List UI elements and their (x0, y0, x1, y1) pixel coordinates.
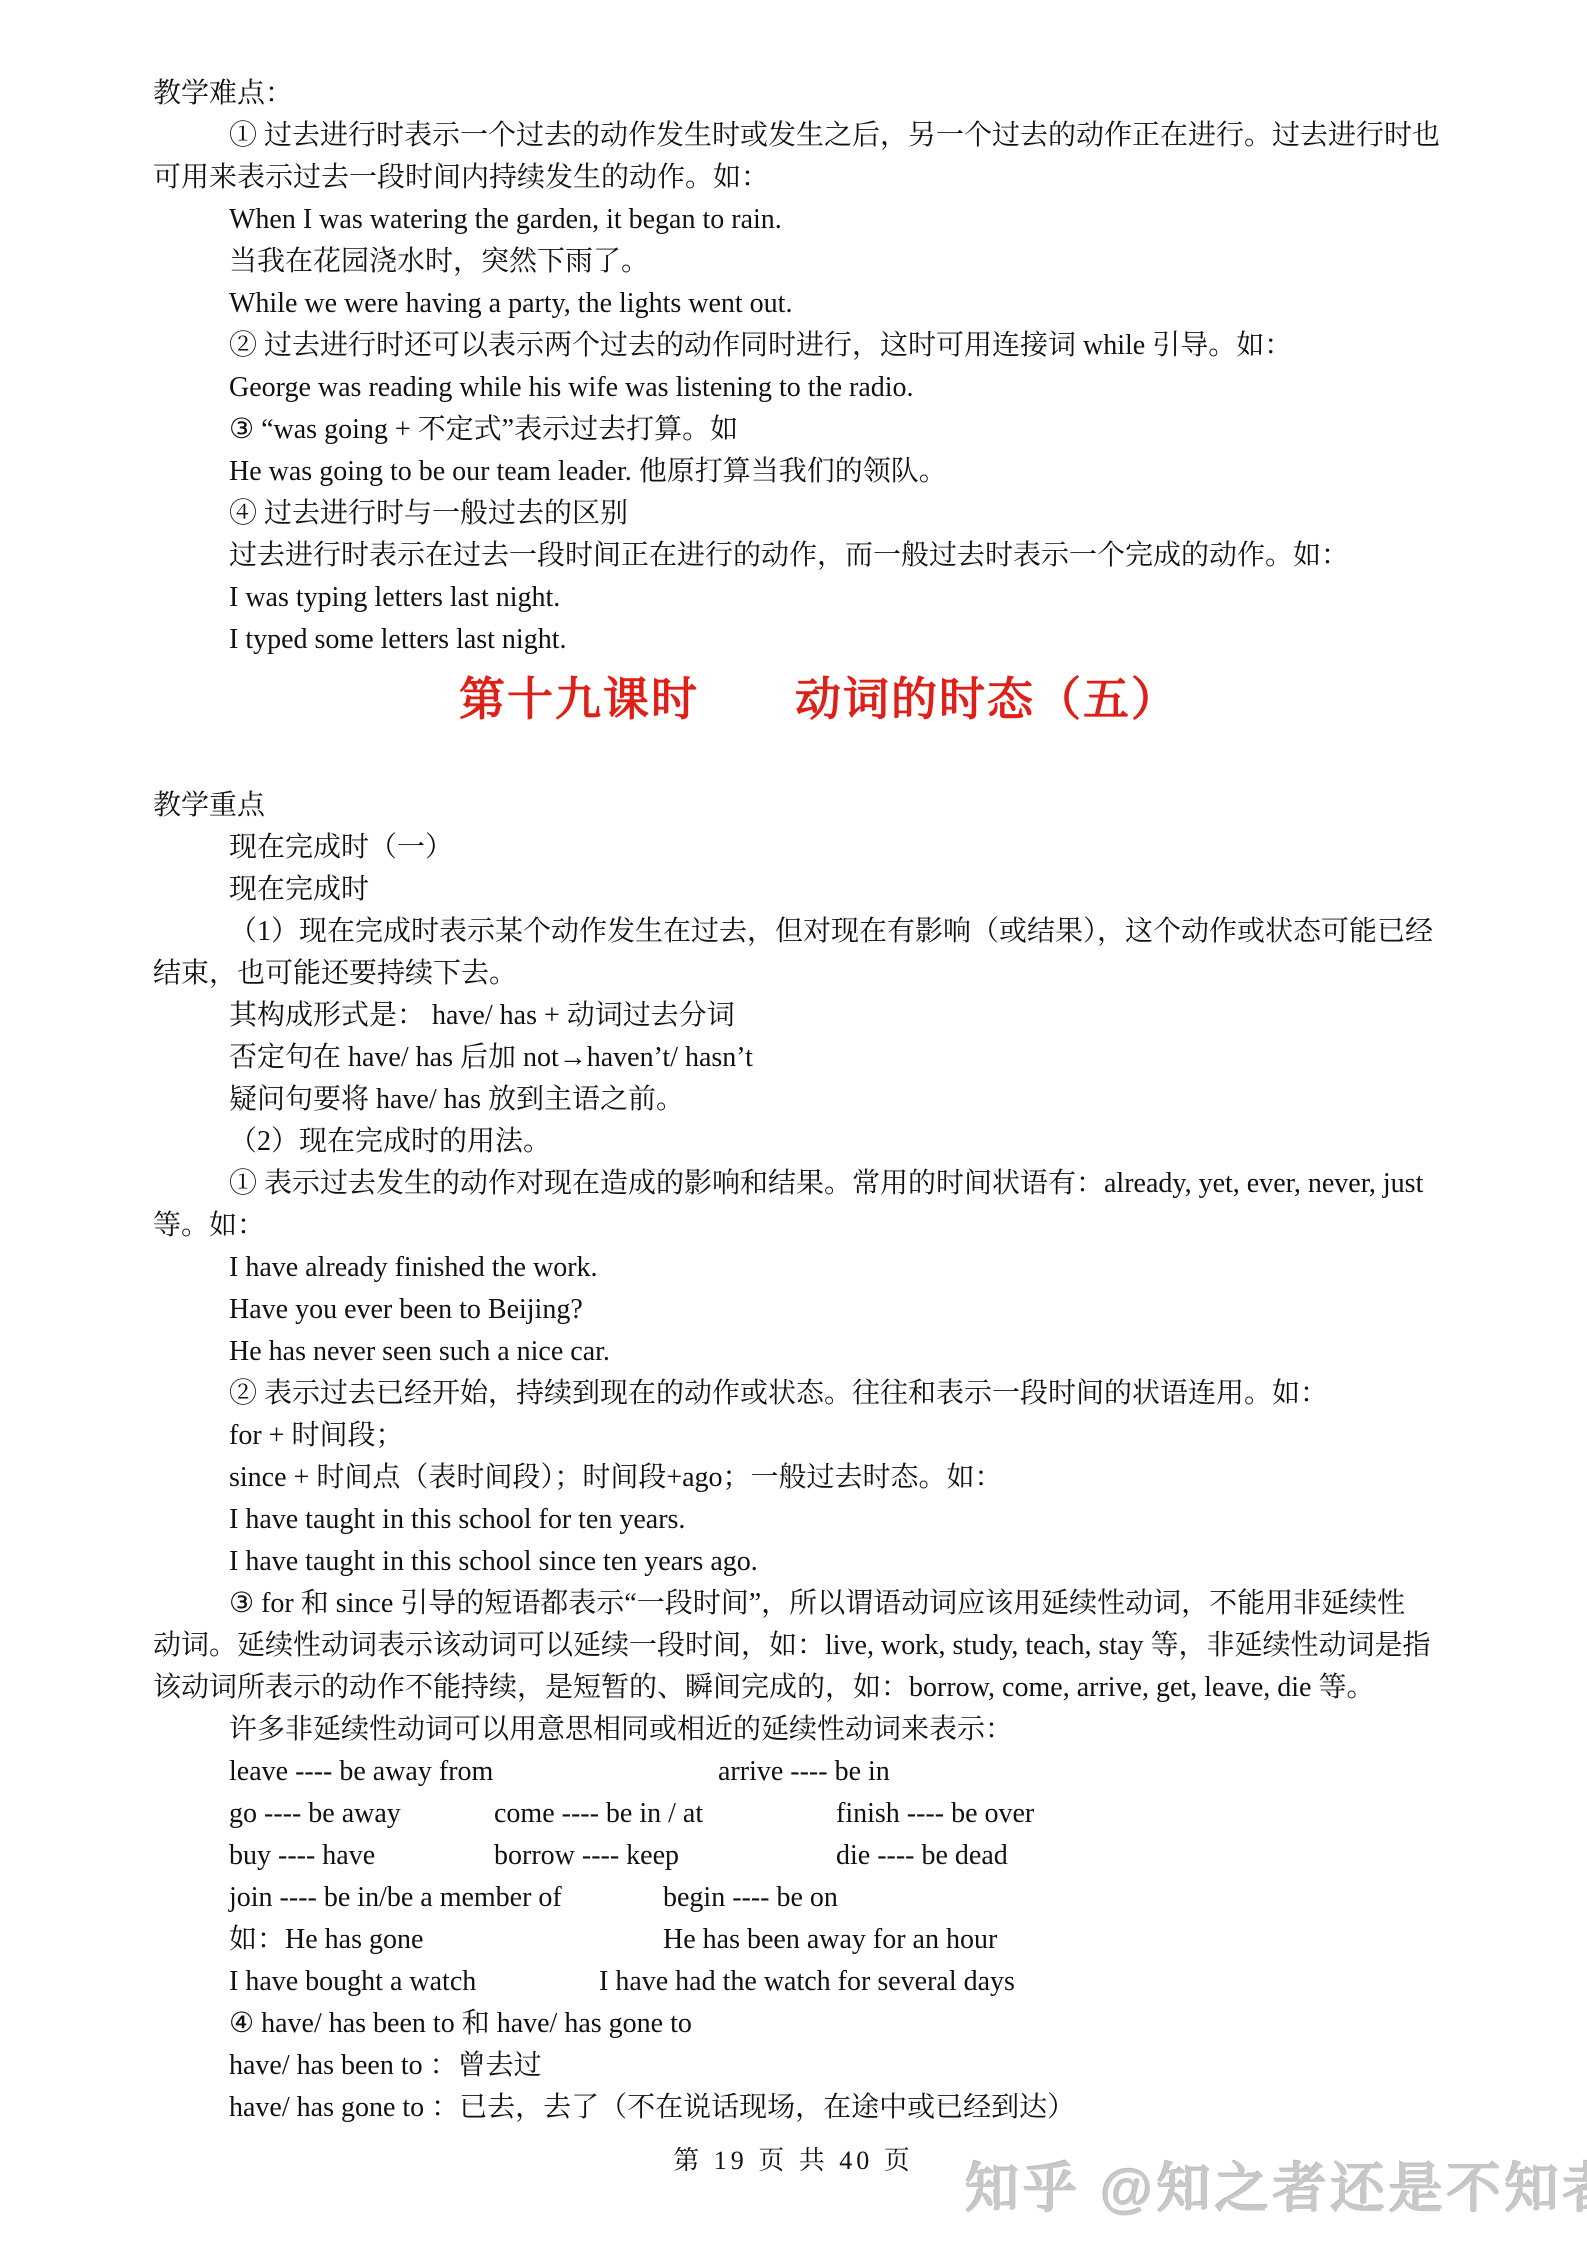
text-cell: begin ---- be on (663, 1877, 838, 1919)
text-cell: come ---- be in / at (494, 1793, 703, 1835)
section-heading: 第十九课时 动词的时态（五） (153, 669, 1485, 731)
text-line: ③ for 和 since 引导的短语都表示“一段时间”，所以谓语动词应该用延续… (153, 1583, 1485, 1625)
text-line: 结束，也可能还要持续下去。 (153, 953, 1485, 995)
text-line: ③ “was going + 不定式”表示过去打算。如 (153, 409, 1485, 451)
text-line: I have taught in this school since ten y… (153, 1541, 1485, 1583)
text-row: I have bought a watchI have had the watc… (153, 1961, 1485, 2003)
text-row: join ---- be in/be a member ofbegin ----… (153, 1877, 1485, 1919)
text-line: Have you ever been to Beijing? (153, 1289, 1485, 1331)
text-row: buy ---- haveborrow ---- keepdie ---- be… (153, 1835, 1485, 1877)
text-line: I have already finished the work. (153, 1247, 1485, 1289)
text-cell: buy ---- have (229, 1835, 375, 1877)
text-cell: He has been away for an hour (663, 1919, 997, 1961)
text-cell: join ---- be in/be a member of (229, 1877, 562, 1919)
text-line: I was typing letters last night. (153, 577, 1485, 619)
text-line: 其构成形式是： have/ has + 动词过去分词 (153, 995, 1485, 1037)
text-cell: finish ---- be over (836, 1793, 1034, 1835)
text-line: have/ has been to ：曾去过 (153, 2045, 1485, 2087)
text-line: ② 表示过去已经开始，持续到现在的动作或状态。往往和表示一段时间的状语连用。如： (153, 1373, 1485, 1415)
text-line: He was going to be our team leader. 他原打算… (153, 451, 1485, 493)
text-cell: leave ---- be away from (229, 1751, 493, 1793)
text-line: 否定句在 have/ has 后加 not→haven’t/ hasn’t (153, 1037, 1485, 1079)
text-line: 许多非延续性动词可以用意思相同或相近的延续性动词来表示： (153, 1709, 1485, 1751)
text-line: ④ have/ has been to 和 have/ has gone to (153, 2003, 1485, 2045)
text-line: I have taught in this school for ten yea… (153, 1499, 1485, 1541)
text-line: When I was watering the garden, it began… (153, 199, 1485, 241)
text-line: 疑问句要将 have/ has 放到主语之前。 (153, 1079, 1485, 1121)
text-cell: arrive ---- be in (718, 1751, 890, 1793)
text-line: 教学难点： (153, 73, 1485, 115)
text-line: 动词。延续性动词表示该动词可以延续一段时间，如：live, work, stud… (153, 1625, 1485, 1667)
text-line: He has never seen such a nice car. (153, 1331, 1485, 1373)
text-cell: go ---- be away (229, 1793, 401, 1835)
text-line: （2）现在完成时的用法。 (153, 1121, 1485, 1163)
text-cell: I have had the watch for several days (599, 1961, 1015, 2003)
text-line: since + 时间点（表时间段）；时间段+ago；一般过去时态。如： (153, 1457, 1485, 1499)
text-row: 如：He has goneHe has been away for an hou… (153, 1919, 1485, 1961)
text-line: 过去进行时表示在过去一段时间正在进行的动作，而一般过去时表示一个完成的动作。如： (153, 535, 1485, 577)
text-line: 该动词所表示的动作不能持续，是短暂的、瞬间完成的，如：borrow, come,… (153, 1667, 1485, 1709)
text-cell: die ---- be dead (836, 1835, 1008, 1877)
text-line: ① 表示过去发生的动作对现在造成的影响和结果。常用的时间状语有：already,… (153, 1163, 1485, 1205)
text-cell: 如：He has gone (229, 1919, 423, 1961)
text-row: leave ---- be away fromarrive ---- be in (153, 1751, 1485, 1793)
text-line: ④ 过去进行时与一般过去的区别 (153, 493, 1485, 535)
text-line: （1）现在完成时表示某个动作发生在过去，但对现在有影响（或结果），这个动作或状态… (153, 911, 1485, 953)
section-present-perfect: 教学重点现在完成时（一）现在完成时（1）现在完成时表示某个动作发生在过去，但对现… (153, 785, 1485, 2129)
text-line: 现在完成时 (153, 869, 1485, 911)
text-line: 当我在花园浇水时，突然下雨了。 (153, 241, 1485, 283)
text-cell: borrow ---- keep (494, 1835, 679, 1877)
text-line: ② 过去进行时还可以表示两个过去的动作同时进行，这时可用连接词 while 引导… (153, 325, 1485, 367)
text-line: for + 时间段； (153, 1415, 1485, 1457)
text-line: have/ has gone to ：已去，去了（不在说话现场，在途中或已经到达… (153, 2087, 1485, 2129)
text-line: 教学重点 (153, 785, 1485, 827)
text-line: ① 过去进行时表示一个过去的动作发生时或发生之后，另一个过去的动作正在进行。过去… (153, 115, 1485, 157)
text-line: I typed some letters last night. (153, 619, 1485, 661)
text-line: 可用来表示过去一段时间内持续发生的动作。如： (153, 157, 1485, 199)
document-body: 教学难点：① 过去进行时表示一个过去的动作发生时或发生之后，另一个过去的动作正在… (153, 73, 1485, 2129)
section-past-progressive: 教学难点：① 过去进行时表示一个过去的动作发生时或发生之后，另一个过去的动作正在… (153, 73, 1485, 661)
watermark: 知乎 @知之者还是不知者 (965, 2146, 1587, 2223)
text-row: go ---- be awaycome ---- be in / atfinis… (153, 1793, 1485, 1835)
text-line: While we were having a party, the lights… (153, 283, 1485, 325)
document-page: 教学难点：① 过去进行时表示一个过去的动作发生时或发生之后，另一个过去的动作正在… (0, 0, 1587, 2245)
text-line: 现在完成时（一） (153, 827, 1485, 869)
text-line: 等。如： (153, 1205, 1485, 1247)
text-cell: I have bought a watch (229, 1961, 476, 2003)
text-line: George was reading while his wife was li… (153, 367, 1485, 409)
